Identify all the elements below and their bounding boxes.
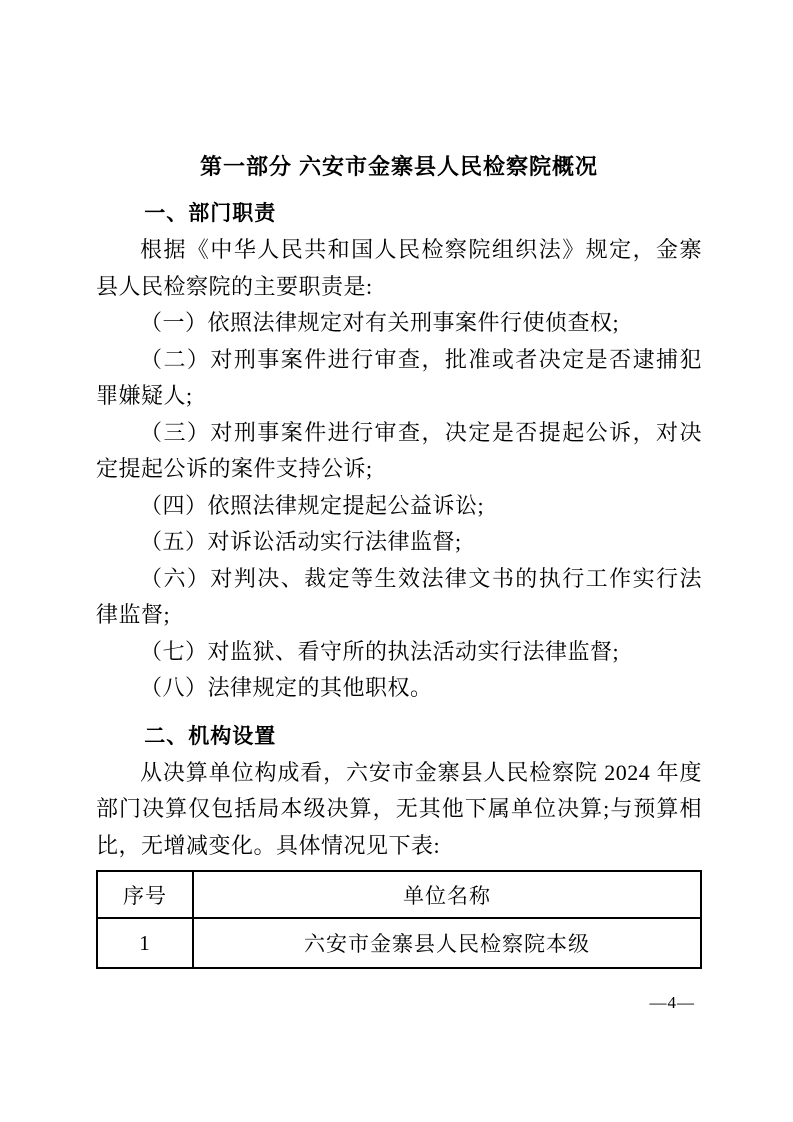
table-cell-unit-name: 六安市金寨县人民检察院本级: [193, 918, 701, 968]
page-number: —4—: [650, 993, 696, 1013]
unit-table: 序号 单位名称 1 六安市金寨县人民检察院本级: [96, 870, 702, 969]
organization-intro: 从决算单位构成看，六安市金寨县人民检察院 2024 年度部门决算仅包括局本级决算…: [96, 755, 702, 865]
paragraph-intro: 根据《中华人民共和国人民检察院组织法》规定，金寨县人民检察院的主要职责是:: [96, 232, 702, 305]
table-header-seq: 序号: [97, 871, 193, 918]
table-row: 1 六安市金寨县人民检察院本级: [97, 918, 701, 968]
duty-item-7: （七）对监狱、看守所的执法活动实行法律监督;: [96, 634, 702, 671]
duty-item-3: （三）对刑事案件进行审查，决定是否提起公诉，对决定提起公诉的案件支持公诉;: [96, 415, 702, 488]
section-heading-duties: 一、部门职责: [96, 196, 702, 232]
section-heading-organization: 二、机构设置: [96, 719, 702, 755]
duty-item-8: （八）法律规定的其他职权。: [96, 670, 702, 707]
duty-item-5: （五）对诉讼活动实行法律监督;: [96, 524, 702, 561]
unit-table-head: 序号 单位名称: [97, 871, 701, 918]
duty-item-6: （六）对判决、裁定等生效法律文书的执行工作实行法律监督;: [96, 561, 702, 634]
table-header-unit-name: 单位名称: [193, 871, 701, 918]
section-duties: 一、部门职责 根据《中华人民共和国人民检察院组织法》规定，金寨县人民检察院的主要…: [96, 196, 702, 707]
document-page: 第一部分 六安市金寨县人民检察院概况 一、部门职责 根据《中华人民共和国人民检察…: [0, 0, 793, 1122]
section-organization: 二、机构设置 从决算单位构成看，六安市金寨县人民检察院 2024 年度部门决算仅…: [96, 719, 702, 865]
table-cell-seq: 1: [97, 918, 193, 968]
unit-table-body: 1 六安市金寨县人民检察院本级: [97, 918, 701, 968]
page-title: 第一部分 六安市金寨县人民检察院概况: [96, 148, 702, 186]
table-header-row: 序号 单位名称: [97, 871, 701, 918]
duty-item-4: （四）依照法律规定提起公益诉讼;: [96, 488, 702, 525]
duty-item-1: （一）依照法律规定对有关刑事案件行使侦查权;: [96, 305, 702, 342]
duty-item-2: （二）对刑事案件进行审查，批准或者决定是否逮捕犯罪嫌疑人;: [96, 342, 702, 415]
